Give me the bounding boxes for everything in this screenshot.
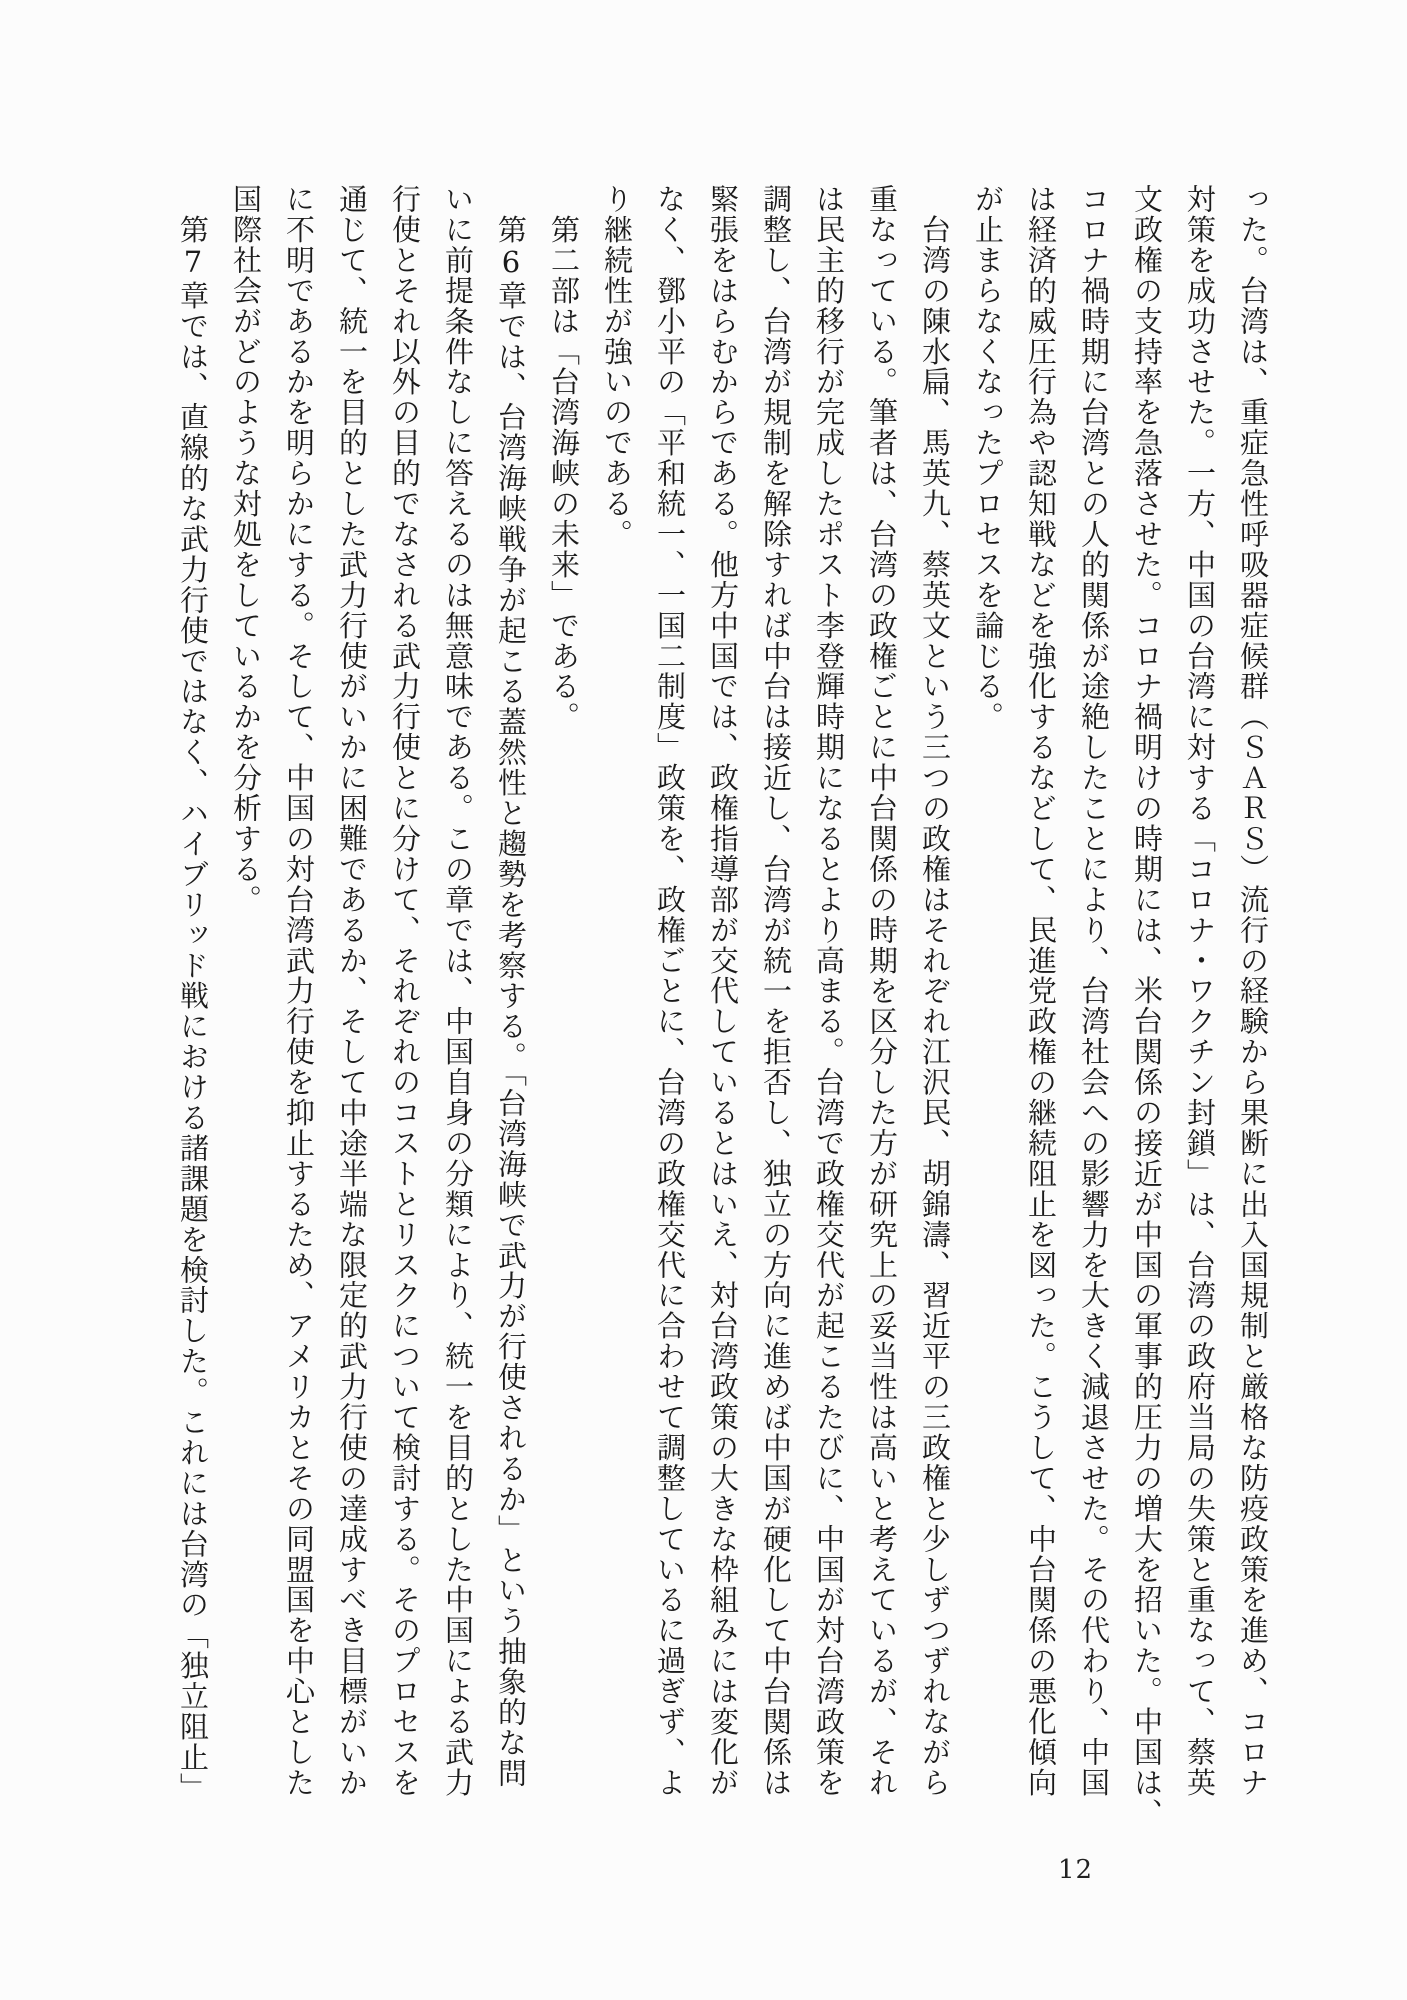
text-column: 重なっている。筆者は、台湾の政権ごとに中台関係の時期を区分した方が研究上の妥当性… xyxy=(867,184,897,1809)
body-text: った。台湾は、重症急性呼吸器症候群（ＳＡＲＳ）流行の経験から果断に出入国規制と厳… xyxy=(178,184,1268,1809)
page-number: 12 xyxy=(1058,1855,1093,1885)
text-column: は経済的威圧行為や認知戦などを強化するなどして、民進党政権の継続阻止を図った。こ… xyxy=(1026,184,1056,1809)
book-page: った。台湾は、重症急性呼吸器症候群（ＳＡＲＳ）流行の経験から果断に出入国規制と厳… xyxy=(0,0,1407,2000)
text-column: 緊張をはらむからである。他方中国では、政権指導部が交代しているとはいえ、対台湾政… xyxy=(708,184,738,1809)
text-column: り継続性が強いのである。 xyxy=(602,184,632,1809)
text-column: 調整し、台湾が規制を解除すれば中台は接近し、台湾が統一を拒否し、独立の方向に進め… xyxy=(761,184,791,1809)
text-column: 対策を成功させた。一方、中国の台湾に対する「コロナ・ワクチン封鎖」は、台湾の政府… xyxy=(1185,184,1215,1809)
text-column: 文政権の支持率を急落させた。コロナ禍明けの時期には、米台関係の接近が中国の軍事的… xyxy=(1132,184,1162,1809)
text-column: に不明であるかを明らかにする。そして、中国の対台湾武力行使を抑止するため、アメリ… xyxy=(284,184,314,1809)
text-column: コロナ禍時期に台湾との人的関係が途絶したことにより、台湾社会への影響力を大きく減… xyxy=(1079,184,1109,1809)
text-column: 台湾の陳水扁、馬英九、蔡英文という三つの政権はそれぞれ江沢民、胡錦濤、習近平の三… xyxy=(920,184,950,1809)
text-column: 行使とそれ以外の目的でなされる武力行使とに分けて、それぞれのコストとリスクについ… xyxy=(390,184,420,1809)
text-column: 第二部は「台湾海峡の未来」である。 xyxy=(549,184,579,1809)
text-column: いに前提条件なしに答えるのは無意味である。この章では、中国自身の分類により、統一… xyxy=(443,184,473,1809)
text-column: なく、鄧小平の「平和統一、一国二制度」政策を、政権ごとに、台湾の政権交代に合わせ… xyxy=(655,184,685,1809)
text-column: 通じて、統一を目的とした武力行使がいかに困難であるか、そして中途半端な限定的武力… xyxy=(337,184,367,1809)
text-column: った。台湾は、重症急性呼吸器症候群（ＳＡＲＳ）流行の経験から果断に出入国規制と厳… xyxy=(1238,184,1268,1809)
text-column: が止まらなくなったプロセスを論じる。 xyxy=(973,184,1003,1809)
text-column: 第6章では、台湾海峡戦争が起こる蓋然性と趨勢を考察する。「台湾海峡で武力が行使さ… xyxy=(496,184,526,1809)
text-column: は民主的移行が完成したポスト李登輝時期になるとより高まる。台湾で政権交代が起こる… xyxy=(814,184,844,1809)
text-column: 第7章では、直線的な武力行使ではなく、ハイブリッド戦における諸課題を検討した。こ… xyxy=(178,184,208,1809)
text-column: 国際社会がどのような対処をしているかを分析する。 xyxy=(231,184,261,1809)
